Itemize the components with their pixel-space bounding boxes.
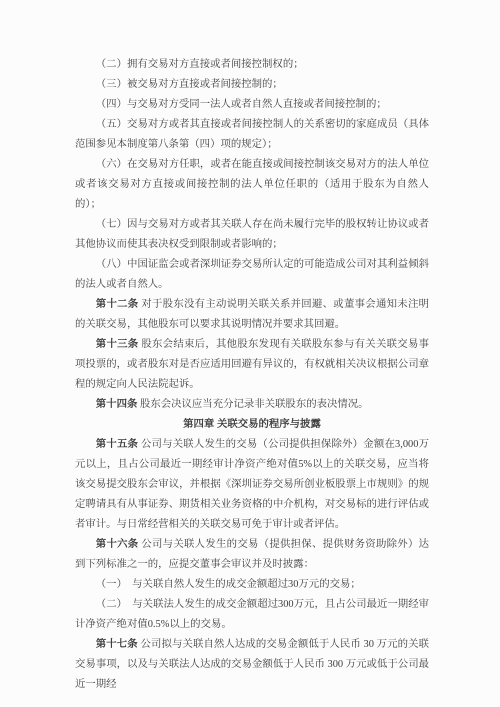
article-text: 公司与关联人发生的交易（公司提供担保除外）金额在3,000万元以上，且占公司最近… [75, 439, 429, 530]
list-item-paragraph: （一） 与关联自然人发生的成交金额超过30万元的交易； [75, 575, 429, 595]
article-paragraph: 第十五条 公司与关联人发生的交易（公司提供担保除外）金额在3,000万元以上，且… [75, 435, 429, 535]
article-paragraph: 第十三条 股东会结束后，其他股东发现有关联股东参与有关关联交易事项投票的，或者股… [75, 335, 429, 395]
list-item-paragraph: （八）中国证监会或者深圳证券交易所认定的可能造成公司对其利益倾斜的法人或者自然人… [75, 255, 429, 295]
list-item-paragraph: （五）交易对方或者其直接或者间接控制人的关系密切的家庭成员（具体范围参见本制度第… [75, 115, 429, 155]
list-item-paragraph: （二）拥有交易对方直接或者间接控制权的； [75, 55, 429, 75]
article-text: 股东会决议应当充分记录非关联股东的表决情况。 [140, 399, 369, 410]
article-number: 第十二条 [96, 299, 139, 310]
chapter-number: 第四章 [183, 419, 214, 430]
article-number: 第十五条 [96, 439, 138, 450]
chapter-title: 关联交易的程序与披露 [217, 419, 321, 430]
article-paragraph: 第十四条 股东会决议应当充分记录非关联股东的表决情况。 [75, 395, 429, 415]
list-item-paragraph: （四）与交易对方受同一法人或者自然人直接或者间接控制的； [75, 95, 429, 115]
list-item-paragraph: （三）被交易对方直接或者间接控制的； [75, 75, 429, 95]
article-number: 第十六条 [96, 539, 139, 550]
list-item-paragraph: （二） 与关联法人发生的成交金额超过300万元，且占公司最近一期经审计净资产绝对… [75, 595, 429, 635]
article-number: 第十四条 [96, 399, 138, 410]
article-paragraph: 第十七条 公司拟与关联自然人达成的交易金额低于人民币 30 万元的关联交易事项，… [75, 635, 429, 695]
article-paragraph: 第十六条 公司与关联人发生的交易（提供担保、提供财务资助除外）达到下列标准之一的… [75, 535, 429, 575]
list-item-paragraph: （六）在交易对方任职，或者在能直接或间接控制该交易对方的法人单位或者该交易对方直… [75, 155, 429, 215]
article-paragraph: 第十二条 对于股东没有主动说明关联关系并回避、或董事会通知未注明的关联交易，其他… [75, 295, 429, 335]
chapter-heading: 第四章 关联交易的程序与披露 [75, 415, 429, 435]
document-page: （二）拥有交易对方直接或者间接控制权的；（三）被交易对方直接或者间接控制的；（四… [0, 0, 500, 707]
article-number: 第十七条 [96, 639, 138, 650]
list-item-paragraph: （七）因与交易对方或者其关联人存在尚未履行完毕的股权转让协议或者其他协议而使其表… [75, 215, 429, 255]
document-body: （二）拥有交易对方直接或者间接控制权的；（三）被交易对方直接或者间接控制的；（四… [75, 55, 429, 695]
article-number: 第十三条 [96, 339, 139, 350]
